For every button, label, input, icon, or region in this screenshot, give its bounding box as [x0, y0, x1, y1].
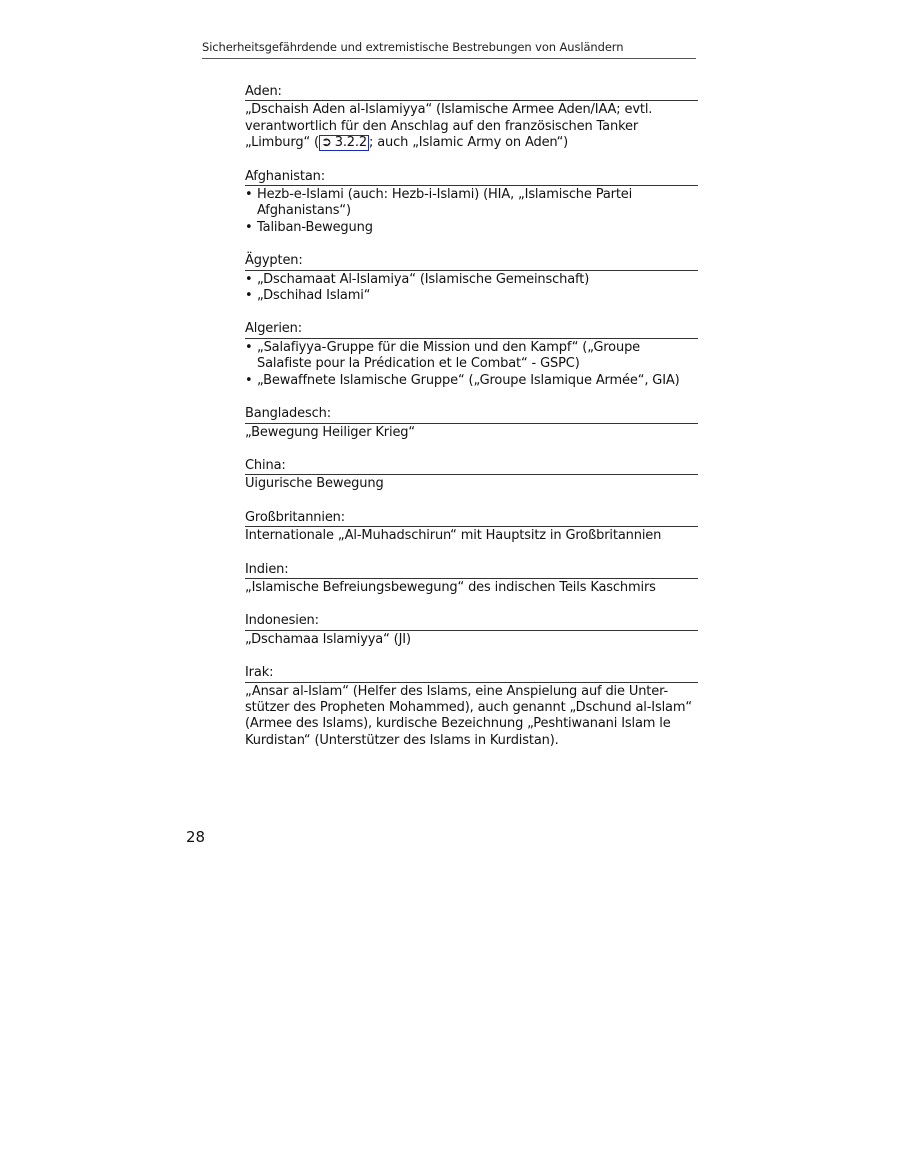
- section-bangladesch: Bangladesch: „Bewegung Heiliger Krieg“: [245, 406, 698, 441]
- entry-text-part: ; auch „Islamic Army on Aden“): [369, 135, 568, 150]
- country-heading: China:: [245, 458, 698, 475]
- arrow-right-circle-icon: ➲: [321, 136, 332, 150]
- entry-text: „Dschamaa Islamiyya“ (JI): [245, 632, 698, 648]
- entry-text: „Bewegung Heiliger Krieg“: [245, 425, 698, 441]
- list-item: „Salafiyya-Gruppe für die Mission und de…: [245, 340, 698, 373]
- section-irak: Irak: „Ansar al-Islam“ (Helfer des Islam…: [245, 665, 698, 749]
- section-aegypten: Ägypten: „Dschamaat Al-Islamiya“ (Islami…: [245, 253, 698, 304]
- entry-text: Internationale „Al-Muhadschirun“ mit Hau…: [245, 528, 698, 544]
- running-header: Sicherheitsgefährdende und extremistisch…: [202, 40, 696, 59]
- cross-reference-link[interactable]: ➲3.2.2: [319, 135, 369, 151]
- section-indonesien: Indonesien: „Dschamaa Islamiyya“ (JI): [245, 613, 698, 648]
- country-heading: Afghanistan:: [245, 169, 698, 186]
- page-number: 28: [186, 828, 205, 846]
- list-item: Taliban-Bewegung: [245, 220, 698, 236]
- section-china: China: Uigurische Bewegung: [245, 458, 698, 493]
- country-organization-list: Aden: „Dschaish Aden al-Islamiyya“ (Isla…: [245, 84, 698, 766]
- country-heading: Algerien:: [245, 321, 698, 338]
- list-item: „Bewaffnete Islamische Gruppe“ („Groupe …: [245, 373, 698, 389]
- entry-text: „Ansar al-Islam“ (Helfer des Islams, ein…: [245, 684, 698, 750]
- entry-text: „Islamische Befreiungsbewegung“ des indi…: [245, 580, 698, 596]
- country-heading: Ägypten:: [245, 253, 698, 270]
- section-aden: Aden: „Dschaish Aden al-Islamiyya“ (Isla…: [245, 84, 698, 152]
- country-heading: Indien:: [245, 562, 698, 579]
- section-grossbritannien: Großbritannien: Internationale „Al-Muhad…: [245, 510, 698, 545]
- section-indien: Indien: „Islamische Befreiungsbewegung“ …: [245, 562, 698, 597]
- section-afghanistan: Afghanistan: Hezb-e-Islami (auch: Hezb-i…: [245, 169, 698, 237]
- country-heading: Bangladesch:: [245, 406, 698, 423]
- country-heading: Aden:: [245, 84, 698, 101]
- cross-reference-label: 3.2.2: [335, 135, 367, 150]
- list-item: „Dschamaat Al-Islamiya“ (Islamische Geme…: [245, 272, 698, 288]
- list-item: Hezb-e-Islami (auch: Hezb-i-Islami) (HIA…: [245, 187, 698, 220]
- entry-text: „Dschaish Aden al-Islamiyya“ (Islamische…: [245, 102, 698, 151]
- country-heading: Großbritannien:: [245, 510, 698, 527]
- entry-text: Uigurische Bewegung: [245, 476, 698, 492]
- country-heading: Irak:: [245, 665, 698, 682]
- list-item: „Dschihad Islami“: [245, 288, 698, 304]
- section-algerien: Algerien: „Salafiyya-Gruppe für die Miss…: [245, 321, 698, 389]
- country-heading: Indonesien:: [245, 613, 698, 630]
